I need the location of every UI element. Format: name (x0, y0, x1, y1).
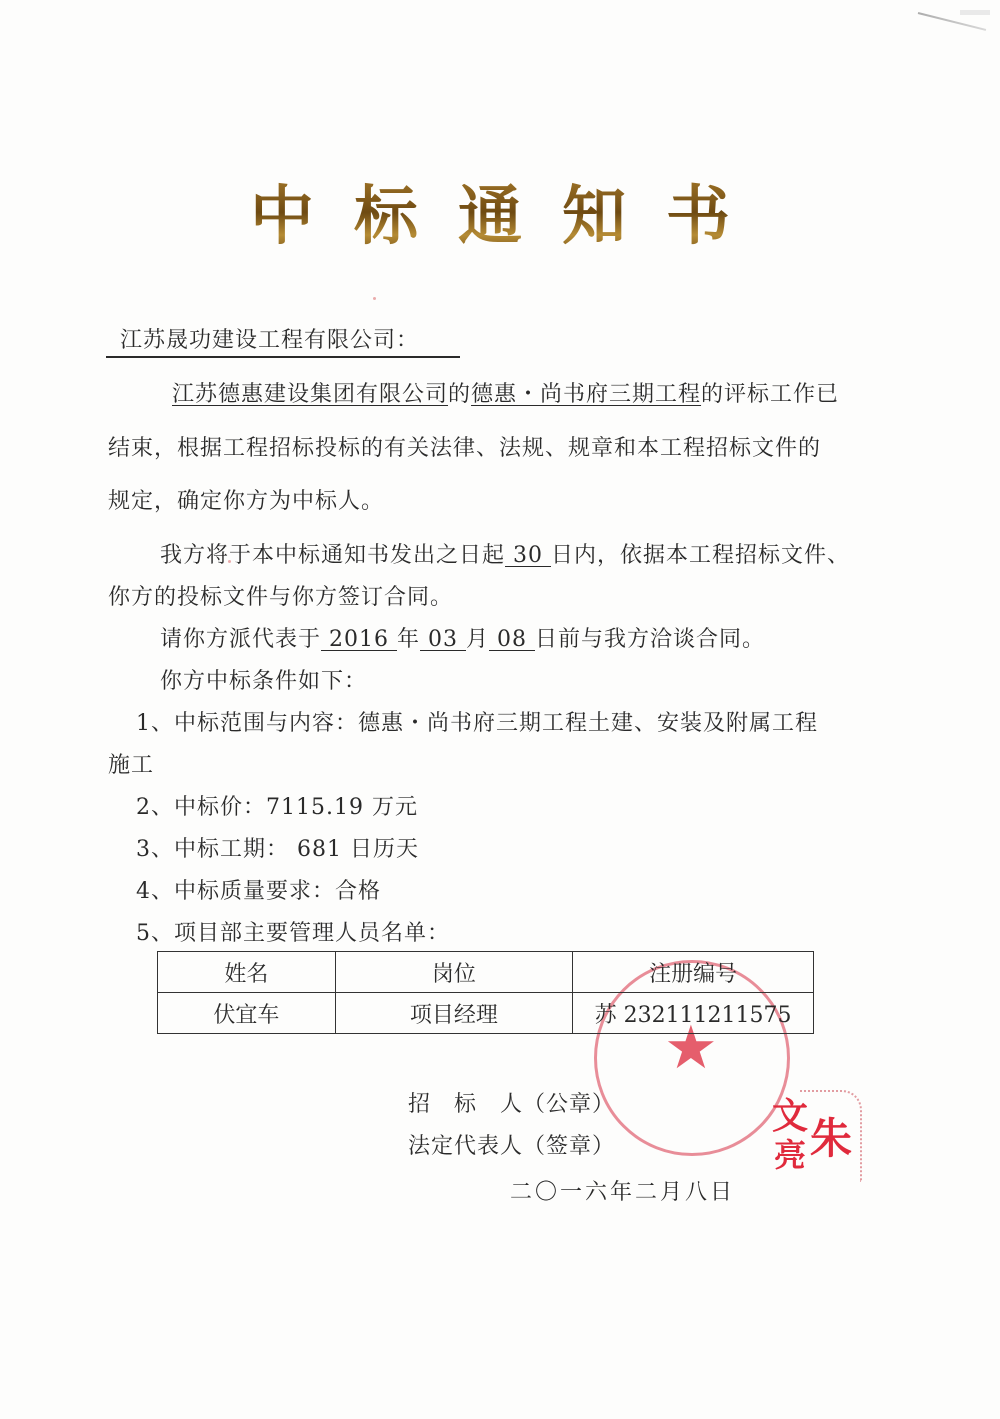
contract-days: 30 (505, 543, 551, 568)
conditions-intro: 你方中标条件如下： (160, 667, 367, 697)
signature-seal: 文 朱 亮 (770, 1095, 860, 1185)
paragraph-3-prefix: 请你方派代表于 (160, 627, 321, 652)
condition-3: 3、中标工期： 681 日历天 (136, 835, 419, 865)
tenderer-name: 江苏德惠建设集团有限公司 (172, 382, 448, 407)
ink-speck (373, 297, 376, 300)
tenderer-seal-label: 招 标 人（公章） (408, 1090, 615, 1120)
header-position: 岗位 (335, 952, 573, 993)
paragraph-3: 请你方派代表于 2016 年 03 月 08 日前与我方洽谈合同。 (160, 625, 765, 655)
paragraph-1-line-3: 规定，确定你方为中标人。 (108, 487, 384, 517)
header-registration-no: 注册编号 (573, 952, 814, 993)
connector-text: 的 (448, 382, 471, 407)
condition-5: 5、项目部主要管理人员名单： (136, 919, 450, 949)
cell-registration-no: 苏 232111211575 (573, 993, 814, 1034)
month-label: 月 (466, 627, 489, 652)
condition-label: 5、项目部主要管理人员名单： (136, 921, 450, 946)
paragraph-1-line-2: 结束，根据工程招标投标的有关法律、法规、规章和本工程招标文件的 (108, 434, 821, 464)
scan-artifact (960, 10, 990, 15)
seal-char: 文 (772, 1099, 808, 1135)
paragraph-1-tail: 的评标工作已 (701, 382, 839, 407)
meeting-year: 2016 (321, 627, 397, 652)
paragraph-2-line-1: 我方将于本中标通知书发出之日起 30 日内，依据本工程招标文件、 (160, 541, 850, 571)
bid-price: 7115.19 万元 (266, 795, 418, 820)
meeting-month: 03 (420, 627, 466, 652)
condition-label: 3、中标工期： (136, 837, 289, 862)
issue-date: 二〇一六年二月八日 (510, 1178, 735, 1208)
condition-value: 德惠・尚书府三期工程土建、安装及附属工程 (358, 711, 818, 736)
header-name: 姓名 (158, 952, 336, 993)
project-name: 德惠・尚书府三期工程 (471, 382, 701, 407)
condition-4: 4、中标质量要求：合格 (136, 877, 381, 907)
legal-representative-label: 法定代表人（签章） (408, 1132, 615, 1162)
condition-2: 2、中标价：7115.19 万元 (136, 793, 418, 823)
staff-table: 姓名 岗位 注册编号 伏宜车 项目经理 苏 232111211575 (157, 951, 814, 1034)
condition-1: 1、中标范围与内容：德惠・尚书府三期工程土建、安装及附属工程 (136, 709, 818, 739)
addressee: 江苏晟功建设工程有限公司： (106, 326, 460, 358)
condition-label: 1、中标范围与内容： (136, 711, 358, 736)
seal-char: 亮 (774, 1137, 806, 1173)
table-header-row: 姓名 岗位 注册编号 (158, 952, 814, 993)
paragraph-2-line-2: 你方的投标文件与你方签订合同。 (108, 583, 453, 613)
condition-label: 2、中标价： (136, 795, 266, 820)
cell-position: 项目经理 (335, 993, 573, 1034)
document-title: 中标通知书 (0, 172, 1000, 262)
table-row: 伏宜车 项目经理 苏 232111211575 (158, 993, 814, 1034)
meeting-day: 08 (489, 627, 535, 652)
paragraph-2-suffix: 日内，依据本工程招标文件、 (551, 543, 850, 568)
paragraph-1-line-1: 江苏德惠建设集团有限公司的德惠・尚书府三期工程的评标工作已 (172, 380, 839, 410)
paragraph-3-suffix: 日前与我方洽谈合同。 (535, 627, 765, 652)
condition-1-continuation: 施工 (108, 751, 154, 781)
paragraph-2-prefix: 我方将于本中标通知书发出之日起 (160, 543, 505, 568)
cell-name: 伏宜车 (158, 993, 336, 1034)
construction-period: 681 日历天 (289, 837, 419, 862)
signature-seal-border (800, 1090, 862, 1182)
year-label: 年 (397, 627, 420, 652)
seal-char: 朱 (810, 1121, 852, 1157)
quality-requirement: 合格 (335, 879, 381, 904)
condition-label: 4、中标质量要求： (136, 879, 335, 904)
